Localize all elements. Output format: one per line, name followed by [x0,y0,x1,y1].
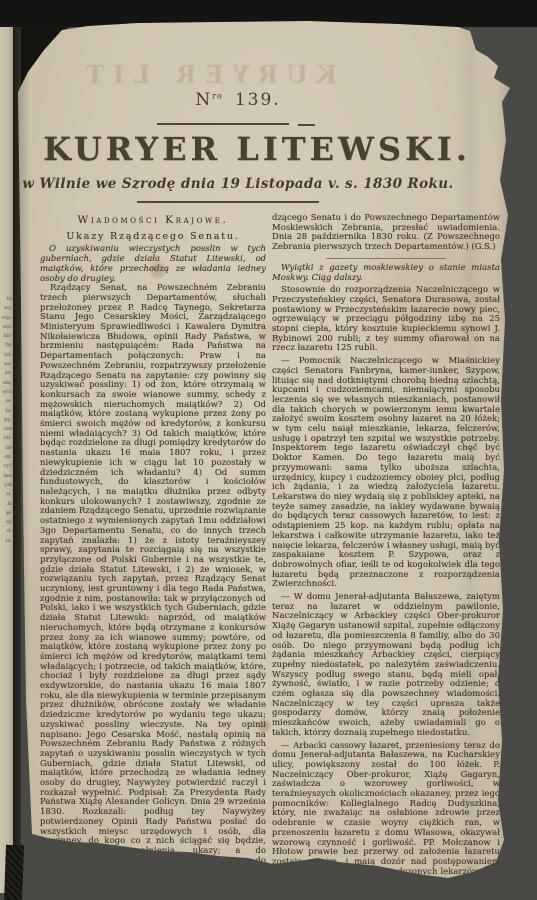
news-paragraph-3: — W domu Jenerał-adjutanta Bałaszewa, za… [272,593,500,739]
issue-number: 139. [235,90,281,110]
bleedthrough-texture [187,794,459,865]
masthead-title: KURYER LITEWSKI. [18,130,496,168]
dateline: w Wilnie we Szrodę dnia 19 Listopada v. … [18,176,458,192]
rule-under-issue [157,123,289,125]
adjacent-page-strip: ta wy. tóp- wp- bli- by lei- na- ze- em,… [0,27,13,893]
feature-heading: Wyiątki z gazety moskiewskiey o stanie m… [272,264,500,283]
left-column: Wiadomości Krajowe. Ukazy Rządzącego Sen… [40,214,266,890]
rule-under-issue-dash [298,124,315,126]
rule-under-dateline [137,201,319,203]
article-heading: Ukazy Rządzącego Senatu. [40,232,266,242]
bottom-spine-strip [4,845,24,900]
senate-decree-body: Rządzący Senat, na Powszechném Zebraniu … [40,284,266,886]
issue-n: N [195,90,212,110]
column-divider-rule [326,258,446,259]
ghost-masthead-bleedthrough: KURYER LIT [32,60,382,89]
issue-number-line: Nro139. [18,90,458,110]
news-paragraph-1: Stosownie do rozporządzenia Naczelnicząc… [272,286,500,354]
lead-paragraph: O uzyskiwaniu wieczystych posslin w tych… [40,245,266,284]
right-column: dzącego Senatu i do Powszechnego Departa… [272,214,500,890]
newspaper-page: KURYER LIT Nro139. KURYER LITEWSKI. w Wi… [18,0,512,892]
news-paragraph-2: — Pomocnik Naczelniczącego w Miaśnickiey… [272,357,500,590]
article-columns: Wiadomości Krajowe. Ukazy Rządzącego Sen… [40,214,502,890]
issue-superscript: ro [212,91,223,100]
adjacent-page-text-fragments: ta wy. tóp- wp- bli- by lei- na- ze- em,… [0,295,12,546]
section-heading: Wiadomości Krajowe. [40,216,266,226]
continuation-paragraph: dzącego Senatu i do Powszechnego Departa… [272,214,500,253]
